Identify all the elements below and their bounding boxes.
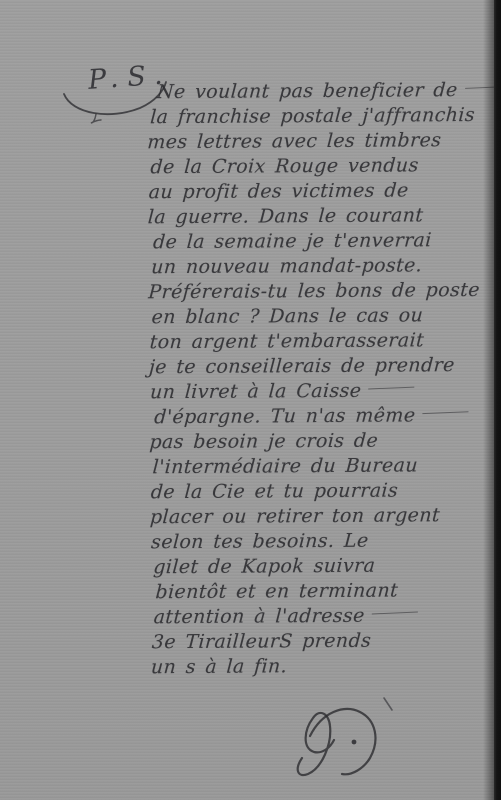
signature-paraph-icon (280, 696, 400, 792)
handwritten-line: 3e TirailleurS prends (151, 628, 501, 655)
handwritten-line: placer ou retirer ton argent (149, 503, 501, 530)
handwritten-line: ton argent t'embarasserait (149, 328, 501, 355)
handwritten-line: au profit des victimes de (148, 178, 500, 205)
handwritten-line: de la Cie et tu pourrais (150, 478, 501, 505)
handwritten-line: en blanc ? Dans le cas ou (151, 303, 501, 330)
handwritten-line: un livret à la Caisse (149, 378, 501, 405)
handwritten-line: mes lettres avec les timbres (147, 128, 500, 155)
handwritten-line: pas besoin je crois de (149, 428, 501, 455)
handwritten-line: bientôt et en terminant (155, 578, 501, 605)
handwritten-line: je te conseillerais de prendre (148, 353, 501, 380)
handwritten-line: Ne voulant pas beneficier de (156, 78, 499, 105)
handwritten-line: selon tes besoins. Le (150, 528, 501, 555)
letter-body: Ne voulant pas beneficier de la franchis… (148, 78, 501, 680)
handwritten-line: Préférerais-tu les bons de poste (148, 278, 501, 305)
handwritten-line: gilet de Kapok suivra (153, 553, 501, 580)
handwritten-line: de la Croix Rouge vendus (150, 153, 500, 180)
scanned-letter-page: P.S. Ne voulant pas beneficier de la fra… (0, 0, 501, 800)
handwritten-line: attention à l'adresse (153, 603, 501, 630)
handwritten-line: de la semaine je t'enverrai (152, 228, 500, 255)
scan-edge-black (494, 0, 501, 800)
handwritten-line: la guerre. Dans le courant (147, 203, 500, 230)
handwritten-line: d'épargne. Tu n'as même (153, 403, 501, 430)
handwritten-line: l'intermédiaire du Bureau (152, 453, 501, 480)
handwritten-line: la franchise postale j'affranchis (149, 103, 499, 130)
handwritten-line: un nouveau mandat-poste. (150, 253, 500, 280)
handwritten-line: un s à la fin. (150, 653, 501, 680)
